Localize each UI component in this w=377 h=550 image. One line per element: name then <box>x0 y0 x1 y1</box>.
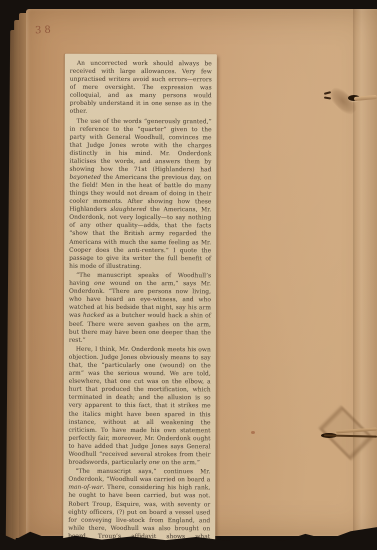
tie-shadow <box>326 84 359 117</box>
clipping-paragraph: “The manuscript speaks of Woodhull’s hav… <box>69 272 211 345</box>
scanned-album-page: 38 An uncorrected work should always be … <box>0 0 377 550</box>
newspaper-clipping: An uncorrected work should always be rec… <box>63 54 217 550</box>
binding-tie-top <box>322 82 377 122</box>
clipping-paragraph: Here, I think, Mr. Onderdonk meets his o… <box>68 346 210 467</box>
paper-stain <box>251 431 255 434</box>
tie-string-fray <box>324 97 331 100</box>
binding-tie-bottom <box>316 406 377 460</box>
clipping-paragraph: “The manuscript says,” continues Mr. Ond… <box>68 468 210 549</box>
clipping-paragraph: An uncorrected work should always be rec… <box>70 60 212 117</box>
clipping-text: An uncorrected work should always be rec… <box>68 60 212 549</box>
clipping-paragraph: The use of the words “generously granted… <box>69 118 212 271</box>
page-number: 38 <box>35 25 54 37</box>
